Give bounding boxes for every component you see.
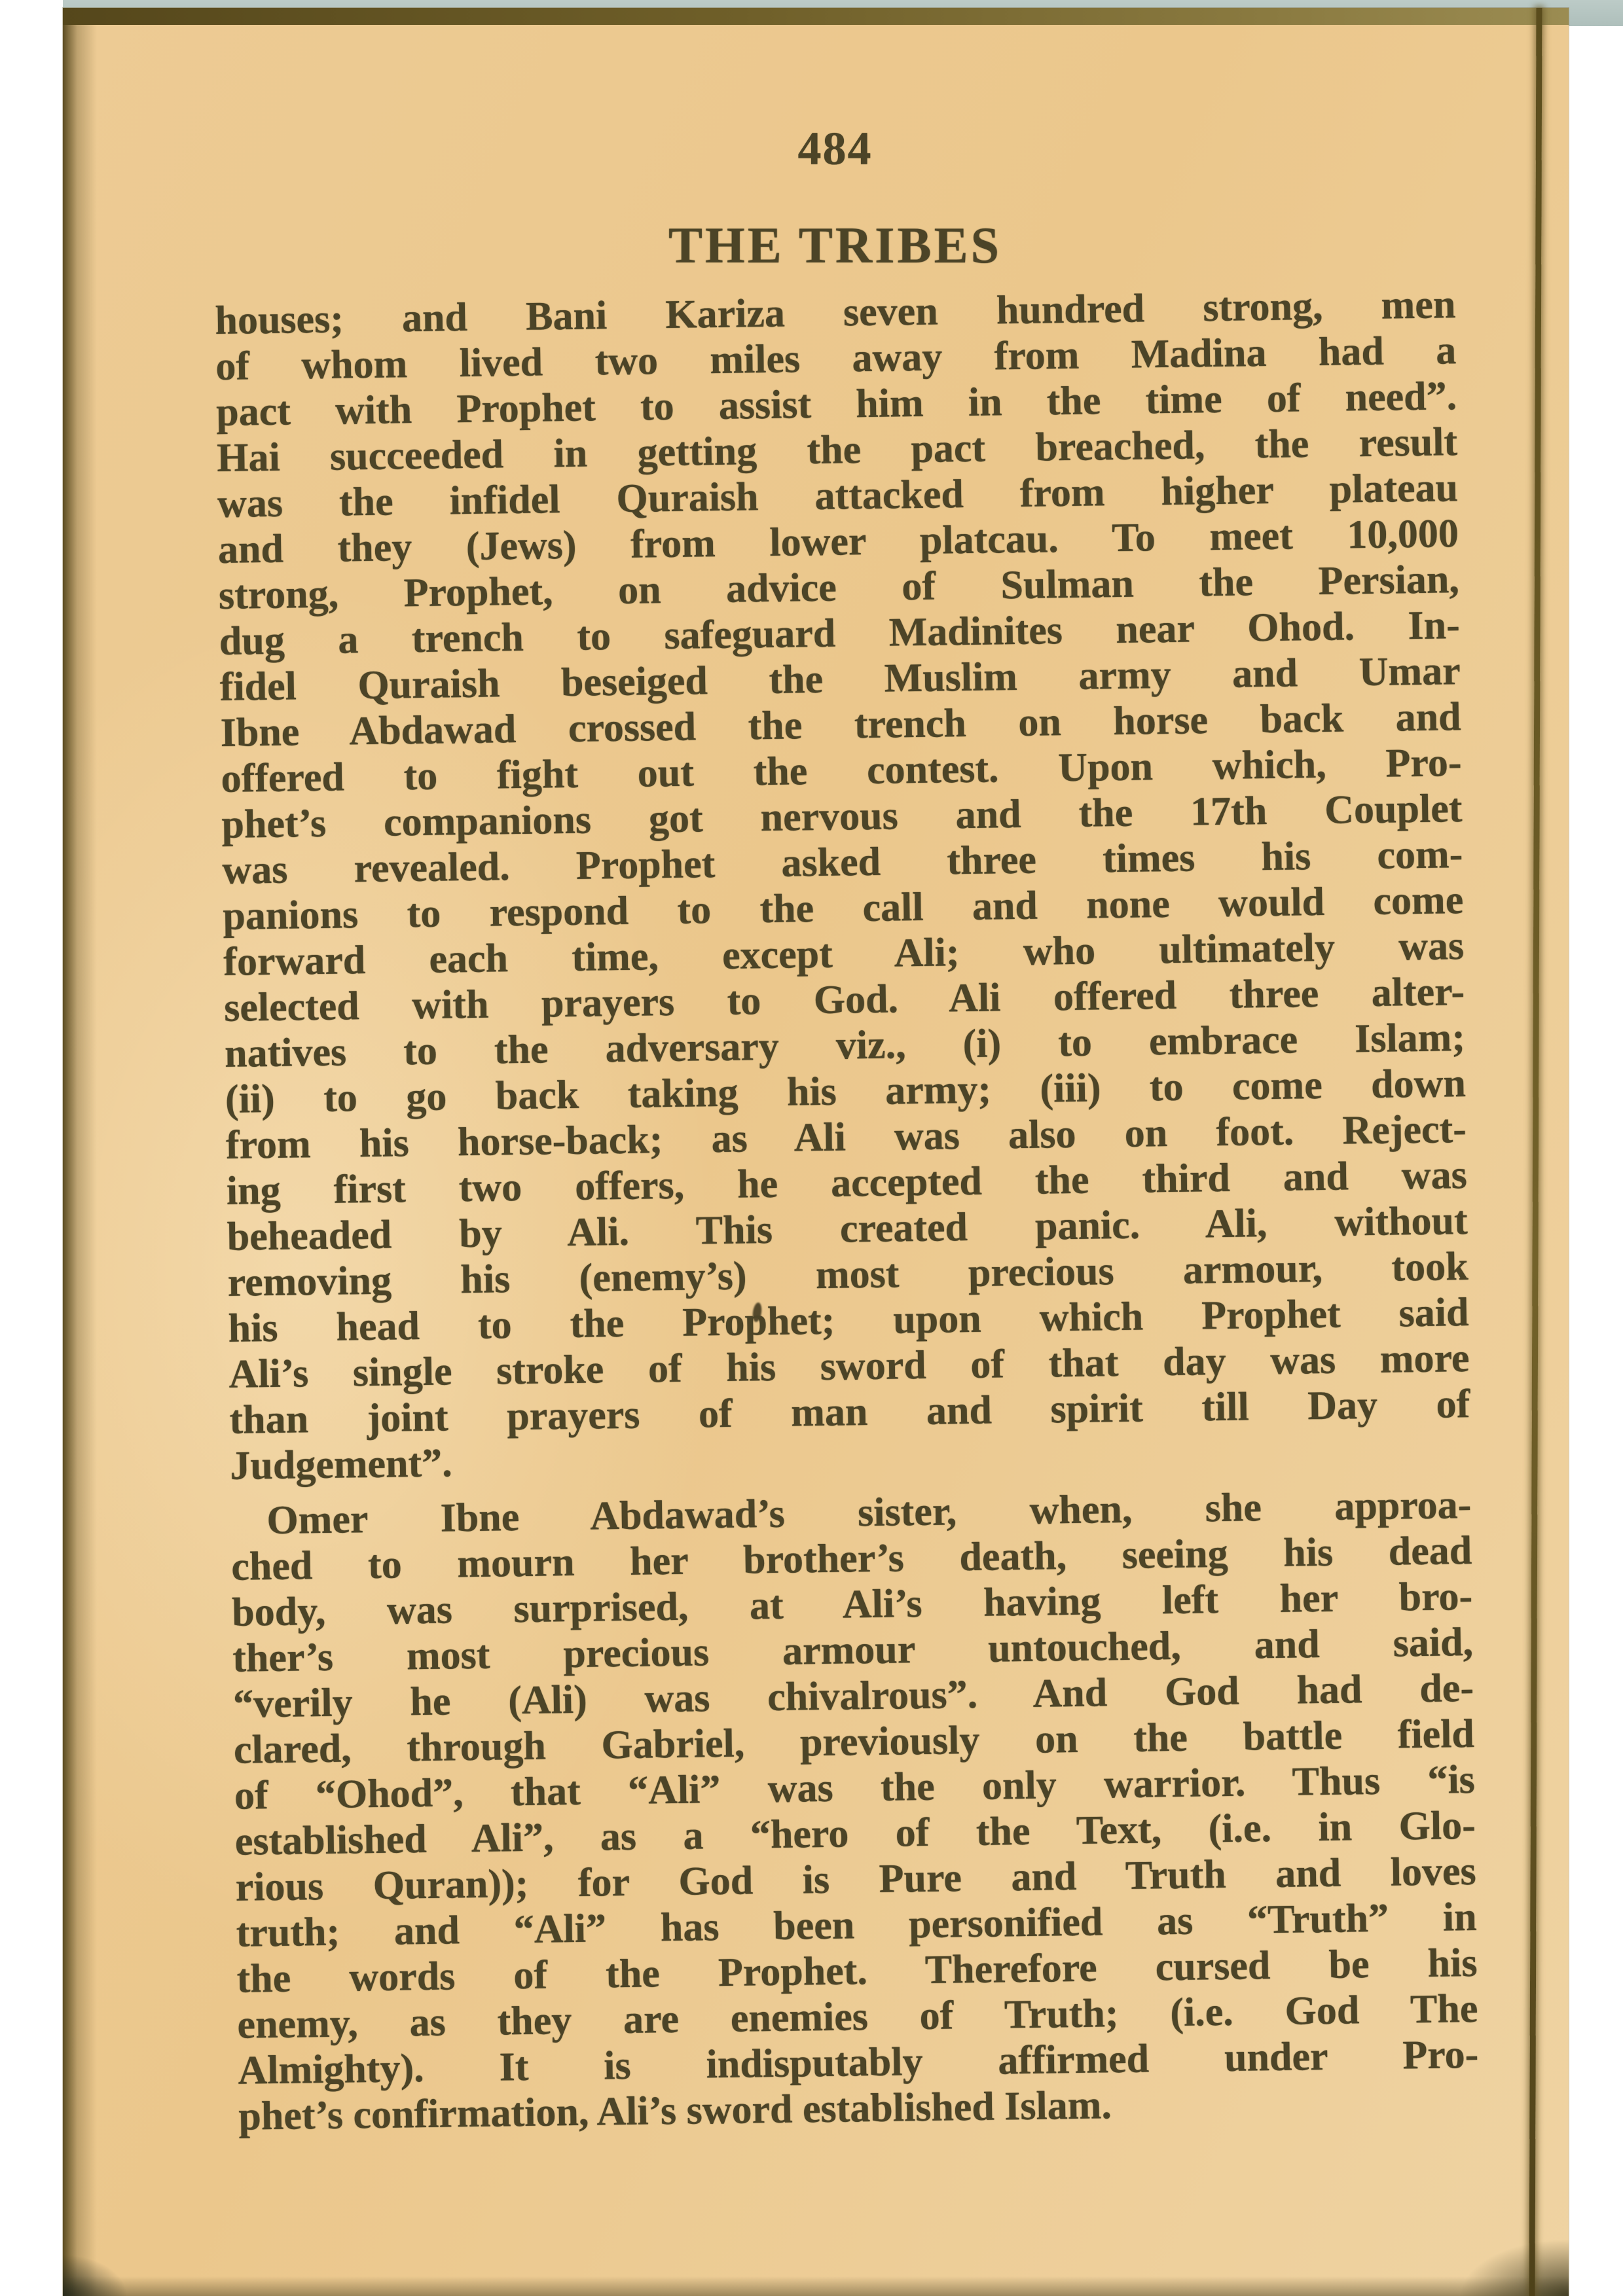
page-number: 484 xyxy=(215,122,1455,176)
body-text: houses; and Bani Kariza seven hundred st… xyxy=(215,281,1480,2140)
page-top-edge xyxy=(63,8,1569,25)
book-page: 484 THE TRIBES houses; and Bani Kariza s… xyxy=(63,8,1569,2296)
paragraph-1: houses; and Bani Kariza seven hundred st… xyxy=(215,281,1471,1489)
book-page-scan: 484 THE TRIBES houses; and Bani Kariza s… xyxy=(0,0,1623,2296)
page-gutter-crease xyxy=(1529,8,1542,2296)
paragraph-2: Omer Ibne Abdawad’s sister, when, she ap… xyxy=(230,1482,1480,2140)
page-title: THE TRIBES xyxy=(215,216,1455,275)
